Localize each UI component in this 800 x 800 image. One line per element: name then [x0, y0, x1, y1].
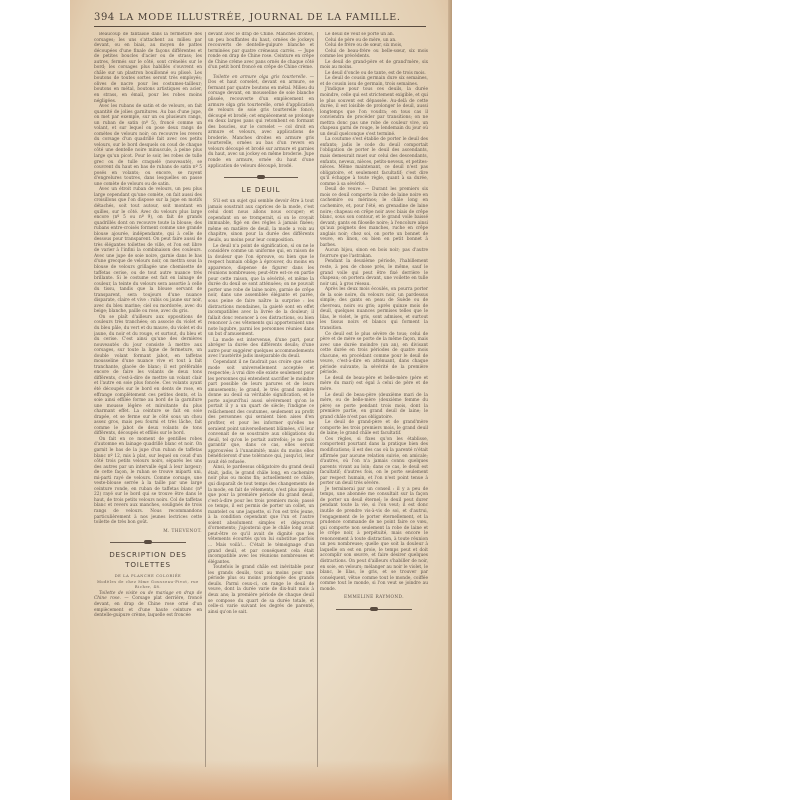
section-title: DESCRIPTION DES TOILETTES — [94, 550, 202, 570]
column-1: Beaucoup de fantaisie dans la fermeture … — [94, 32, 202, 792]
paragraph: devant avec le drap de Chine. Manches dr… — [208, 32, 314, 71]
duration-line: Le deuil de grand-père et de grand'mère,… — [320, 60, 428, 71]
author-signature: EMMELINE RAYMOND. — [320, 595, 428, 601]
duration-line: Le deuil de cousin germain dure six sema… — [320, 76, 428, 87]
paragraph: Le deuil de beau-père (deuxième mari de … — [320, 393, 428, 421]
column-2: devant avec le drap de Chine. Manches dr… — [208, 32, 314, 792]
toilette-label: Toilette en armure olga gris tourterelle… — [213, 75, 307, 80]
paragraph: Ce deuil est le plus sévère de tous; cel… — [320, 332, 428, 376]
ornamental-divider — [336, 607, 412, 611]
paragraph: Ainsi, le pardessus obligatoire du grand… — [208, 465, 314, 565]
ornamental-divider — [224, 175, 298, 179]
paragraph: Ces règles, si fixes qu'on les établisse… — [320, 437, 428, 487]
author-signature: M. THEVENOT. — [94, 529, 202, 535]
paragraph: Le deuil n'a point de signification, si … — [208, 244, 314, 338]
paragraph: Deuil de veuve. — Durant les premiers si… — [320, 187, 428, 248]
toilette-description: Toilette de visite ou de mariage en drap… — [94, 591, 202, 619]
paragraph: Je terminerai par un conseil : il y a pe… — [320, 487, 428, 592]
models-credit: Modèles de chez Mme Gousseau-Pivot, rue … — [94, 580, 202, 591]
paragraph: Le deuil de beau-père et belle-mère (pèr… — [320, 376, 428, 393]
paragraph: S'il est un sujet qui semble devoir être… — [208, 199, 314, 243]
journal-title: LA MODE ILLUSTRÉE, JOURNAL DE LA FAMILLE… — [94, 12, 426, 23]
toilette-description: Toilette en armure olga gris tourterelle… — [208, 75, 314, 169]
duration-line: Celui de beau-frère ou belle-sœur, six m… — [320, 49, 428, 60]
journal-page: 394 LA MODE ILLUSTRÉE, JOURNAL DE LA FAM… — [70, 0, 452, 800]
toilette-text: — Dos et haut corselet, devant en armure… — [208, 75, 314, 169]
paragraph: Le deuil de grand-père et de grand'mère … — [320, 420, 428, 437]
paragraph: Toutefois le grand châle est inévitable … — [208, 565, 314, 615]
paragraph: La coutume s'est établie de porter le de… — [320, 137, 428, 187]
paragraph: On fait en ce moment de gentilles robes … — [94, 437, 202, 526]
paragraph: Avec un étroit ruban de velours, un peu … — [94, 187, 202, 315]
header-rule — [94, 26, 426, 27]
column-divider — [205, 32, 206, 767]
paragraph: La mode est intervenue, d'une part, pour… — [208, 338, 314, 360]
paragraph: J'indique pour tous ces deuils, la durée… — [320, 87, 428, 137]
ornamental-divider — [110, 540, 186, 544]
paragraph: Pendant la deuxième période, l'habilleme… — [320, 259, 428, 287]
paragraph: Beaucoup de fantaisie dans la fermeture … — [94, 32, 202, 104]
paragraph: Après les deux mois écoulés, on pourra p… — [320, 287, 428, 331]
paragraph: Aucun bijou, sinon en bois noir; pas d'a… — [320, 248, 428, 259]
section-title: LE DEUIL — [208, 185, 314, 195]
paragraph: Avec les rubans de satin et de velours, … — [94, 104, 202, 187]
paragraph: On se plaît d'ailleurs aux oppositions d… — [94, 315, 202, 437]
column-divider — [317, 32, 318, 767]
paragraph: Cependant il ne faudrait pas croire que … — [208, 360, 314, 465]
column-3: Le deuil de veuf se porte un an. Celui d… — [320, 32, 428, 792]
